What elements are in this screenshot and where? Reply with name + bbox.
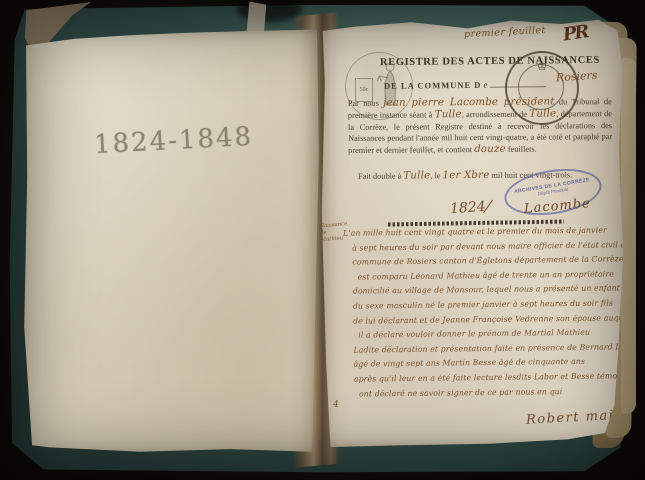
handwritten-insertion: Tulle <box>529 108 556 119</box>
handwritten-insertion: douze <box>474 144 506 155</box>
printed-text: Par nous <box>348 99 383 108</box>
left-blank-page: 1824-1848 <box>20 26 320 456</box>
act-line: ont déclaré ne savoir signer de ce par n… <box>345 384 629 402</box>
handwritten-insertion: 1er Xbre <box>442 170 489 181</box>
year-heading: 1824 <box>449 199 486 217</box>
page-edge-stack <box>621 58 636 414</box>
handwritten-insertion: Tulle <box>435 109 462 120</box>
printed-text: , le <box>430 171 442 180</box>
handwritten-insertion: Tulle <box>403 170 430 181</box>
paraph-initials: PR <box>562 21 589 45</box>
printed-text: Fait double à <box>358 172 403 181</box>
printed-text: feuillets. <box>506 145 537 154</box>
commune-line: DE LA COMMUNE De <box>384 74 547 94</box>
printed-text: , arrondissement de <box>462 109 530 118</box>
right-register-page: premier feuillet PR 50c REGISTRE DES ACT… <box>318 18 630 448</box>
scanned-register-photo: 1824-1848 premier feuillet PR 50c REGIST… <box>0 0 645 480</box>
handwritten-top-note: premier feuillet <box>464 25 546 40</box>
pencil-date-range: 1824-1848 <box>93 122 253 160</box>
commune-article: e <box>483 80 487 90</box>
birth-act-text: L'an mille huit cent vingt quatre et le … <box>343 223 629 402</box>
commune-label: DE LA COMMUNE D <box>384 80 482 91</box>
stamp-denomination: 50c <box>360 87 369 93</box>
printed-preamble: Par nous jean pierre Lacombe président d… <box>348 96 612 157</box>
page-number: 4 <box>333 400 339 410</box>
handwritten-insertion: jean pierre Lacombe président <box>383 96 555 108</box>
blank-fill-rule <box>490 79 546 88</box>
commune-name-handwritten: Rosiers <box>556 69 598 85</box>
